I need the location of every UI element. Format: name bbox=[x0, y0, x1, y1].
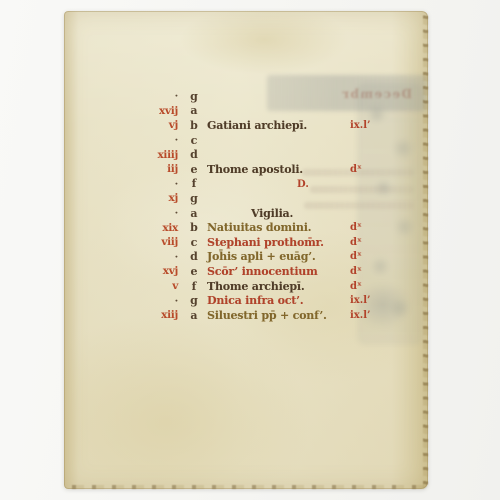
golden-number: vj bbox=[64, 119, 181, 131]
feast-entry: Dnica infra oct’. bbox=[207, 294, 348, 307]
dominical-letter: e bbox=[181, 265, 207, 278]
calendar-row: ·fD. bbox=[64, 177, 410, 192]
dominical-letter: a bbox=[181, 309, 207, 322]
dominical-letter: e bbox=[181, 163, 207, 176]
feast-entry: Thome archiepī. bbox=[207, 280, 348, 293]
golden-number: xiiij bbox=[64, 149, 181, 161]
dominical-letter: g bbox=[181, 192, 207, 205]
calendar-row: xiiijd bbox=[64, 147, 410, 162]
dominical-letter: d bbox=[181, 250, 207, 263]
grade-mark: dˣ bbox=[348, 281, 406, 292]
calendar-row: xvjeScōr’ innocentiumdˣ bbox=[64, 264, 410, 279]
grade-mark: dˣ bbox=[348, 237, 406, 248]
golden-number: xix bbox=[64, 222, 181, 234]
dominical-letter: d bbox=[181, 148, 207, 161]
calendar-row: viijcStephani prothom̄r.dˣ bbox=[64, 235, 410, 250]
grade-mark: ix.l’ bbox=[348, 120, 406, 131]
feast-entry: Siluestri pp̄ + conf’. bbox=[207, 309, 348, 322]
calendar-row: iijeThome apostoli.dˣ bbox=[64, 162, 410, 177]
golden-number: viij bbox=[64, 236, 181, 248]
golden-number: xvij bbox=[64, 105, 181, 117]
calendar-row: ·gDnica infra oct’.ix.l’ bbox=[64, 293, 410, 308]
grade-mark: dˣ bbox=[348, 164, 406, 175]
dominical-letter: b bbox=[181, 221, 207, 234]
feast-entry: Thome apostoli. bbox=[207, 163, 348, 176]
red-note-mark: D. bbox=[297, 179, 309, 190]
golden-number: · bbox=[64, 295, 181, 307]
leaf-ragged-gutter-edge bbox=[423, 11, 428, 489]
golden-number: · bbox=[64, 251, 181, 263]
calendar-row: ·aVigilia. bbox=[64, 206, 410, 221]
calendar-row: vfThome archiepī.dˣ bbox=[64, 279, 410, 294]
golden-number: · bbox=[64, 207, 181, 219]
feast-entry: Joh̄is apli + euāg’. bbox=[207, 250, 348, 263]
calendar-row: xjg bbox=[64, 191, 410, 206]
golden-number: iij bbox=[64, 163, 181, 175]
calendar-row: xvija bbox=[64, 104, 410, 119]
grade-mark: ix.l’ bbox=[348, 310, 406, 321]
grade-mark: dˣ bbox=[348, 251, 406, 262]
golden-number: xj bbox=[64, 192, 181, 204]
dominical-letter: f bbox=[181, 280, 207, 293]
calendar-row: xiijaSiluestri pp̄ + conf’.ix.l’ bbox=[64, 308, 410, 323]
calendar-row: ·c bbox=[64, 133, 410, 148]
grade-mark: dˣ bbox=[348, 266, 406, 277]
dominical-letter: c bbox=[181, 134, 207, 147]
dominical-letter: a bbox=[181, 207, 207, 220]
dominical-letter: b bbox=[181, 119, 207, 132]
dominical-letter: g bbox=[181, 90, 207, 103]
golden-number: · bbox=[64, 134, 181, 146]
grade-mark: dˣ bbox=[348, 222, 406, 233]
golden-number: xvj bbox=[64, 265, 181, 277]
feast-entry: Scōr’ innocentium bbox=[207, 265, 348, 278]
calendar-row: ·g bbox=[64, 89, 410, 104]
golden-number: · bbox=[64, 178, 181, 190]
calendar-text-block: ·gxvijavjbGatiani archiepī.ix.l’·cxiiijd… bbox=[64, 89, 410, 323]
leaf-bottom-edge bbox=[64, 485, 428, 489]
photo-background: Decembr ·gxvijavjbGatiani archiepī.ix.l’… bbox=[0, 0, 500, 500]
feast-entry: Stephani prothom̄r. bbox=[207, 236, 348, 249]
dominical-letter: c bbox=[181, 236, 207, 249]
golden-number: v bbox=[64, 280, 181, 292]
feast-entry: Vigilia. bbox=[207, 207, 348, 220]
golden-number: · bbox=[64, 90, 181, 102]
calendar-row: vjbGatiani archiepī.ix.l’ bbox=[64, 118, 410, 133]
grade-mark: ix.l’ bbox=[348, 295, 406, 306]
feast-entry: Gatiani archiepī. bbox=[207, 119, 348, 132]
dominical-letter: g bbox=[181, 294, 207, 307]
feast-entry: Natiuitas domini. bbox=[207, 221, 348, 234]
manuscript-leaf: Decembr ·gxvijavjbGatiani archiepī.ix.l’… bbox=[64, 11, 428, 489]
dominical-letter: a bbox=[181, 104, 207, 117]
golden-number: xiij bbox=[64, 309, 181, 321]
calendar-row: ·dJoh̄is apli + euāg’.dˣ bbox=[64, 250, 410, 265]
dominical-letter: f bbox=[181, 177, 207, 190]
calendar-row: xixbNatiuitas domini.dˣ bbox=[64, 220, 410, 235]
